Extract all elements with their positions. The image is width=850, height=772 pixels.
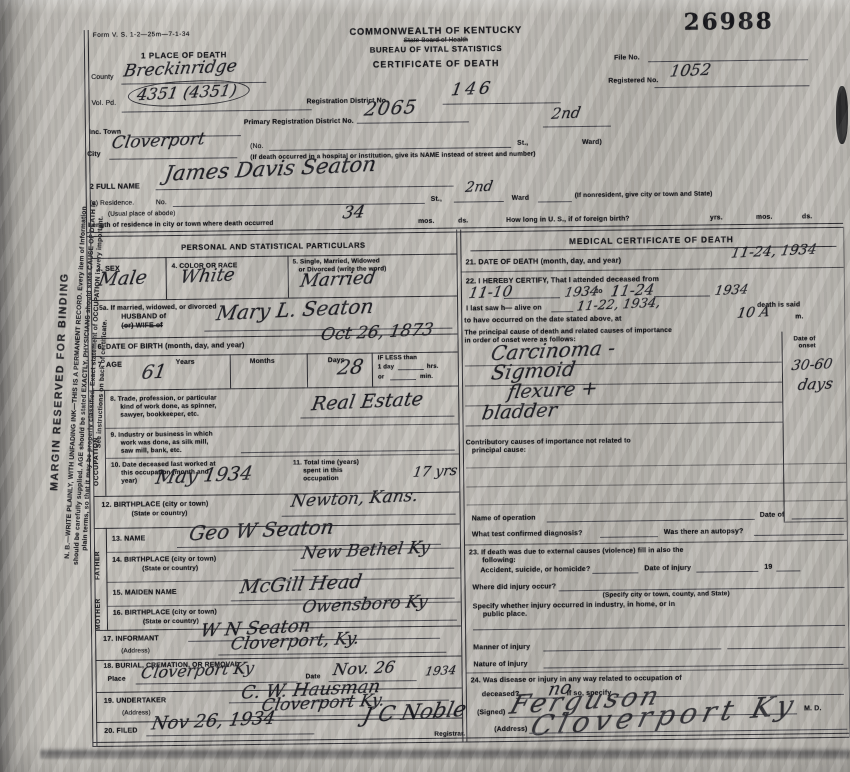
- blank-line: [654, 85, 809, 88]
- rule: [466, 482, 846, 488]
- personal-section-heading: PERSONAL AND STATISTICAL PARTICULARS: [98, 240, 448, 253]
- birthplace-value: Newton, Kans.: [289, 486, 419, 512]
- abode-note: (Usual place of abode): [108, 210, 176, 218]
- rule: [90, 254, 456, 260]
- trade-value: Real Estate: [310, 388, 425, 415]
- blank-line: [543, 126, 611, 128]
- autopsy-label: Was there an autopsy?: [664, 528, 744, 536]
- trade-label-1: 8. Trade, profession, or particular: [110, 394, 217, 402]
- mother-birthplace-value: Owensboro Ky: [301, 592, 429, 618]
- operation-date-label: Date of: [760, 512, 785, 519]
- contributory-label-1: Contributory causes of importance not re…: [466, 437, 631, 446]
- rule: [105, 454, 459, 460]
- cause-line-4: bladder: [480, 399, 558, 425]
- age-less-label-2: 1 day: [378, 363, 394, 370]
- registered-no-value: 1052: [669, 60, 713, 81]
- blank-line: [390, 379, 416, 380]
- onset-value-2: days: [796, 374, 834, 394]
- city-value: Cloverport: [110, 129, 206, 153]
- blank-line: [504, 297, 560, 299]
- husband-of-label: HUSBAND of: [121, 313, 166, 321]
- dob-label: 6. DATE OF BIRTH (month, day, and year): [98, 340, 245, 351]
- onset-header-2: onset: [799, 342, 816, 349]
- binding-margin: MARGIN RESERVED FOR BINDING N. B.—WRITE …: [36, 32, 123, 734]
- blank-line: [122, 109, 312, 112]
- rule: [165, 257, 167, 299]
- nature-injury-label: Nature of injury: [473, 661, 527, 669]
- blank-line: [696, 571, 758, 573]
- mos-label: mos.: [418, 218, 435, 225]
- age-years-value: 61: [140, 361, 168, 384]
- filed-value: Nov 26, 1934: [150, 708, 277, 735]
- county-value: Breckinridge: [122, 56, 238, 81]
- trade-label-3: sawyer, bookkeeper, etc.: [120, 411, 199, 419]
- rule: [307, 353, 309, 387]
- certify-to-label: to: [596, 288, 603, 295]
- rule: [287, 256, 289, 298]
- rule: [105, 424, 459, 430]
- rule: [781, 332, 785, 522]
- undertaker-label: 19. UNDERTAKER: [104, 697, 166, 705]
- burial-place-label: Place: [108, 676, 126, 683]
- total-time-label-2: spent in this: [303, 467, 343, 474]
- total-time-label-1: 11. Total time (years): [293, 459, 359, 467]
- burial-place-value: Cloverport Ky: [140, 658, 256, 682]
- rule: [95, 656, 461, 662]
- blank-line: [600, 536, 658, 538]
- blank-line: [547, 519, 755, 523]
- blank-line: [443, 102, 561, 104]
- blank-line: [776, 570, 800, 571]
- marital-label-1: 5. Single, Married, Widowed: [293, 257, 380, 265]
- blank-line: [241, 450, 455, 454]
- blank-line: [543, 648, 721, 651]
- certificate-title: CERTIFICATE OF DEATH: [306, 57, 566, 70]
- blank-line: [357, 121, 469, 123]
- blank-line: [398, 369, 424, 370]
- father-birthplace-sub: (State or country): [142, 565, 198, 573]
- external-causes-label-2: following:: [482, 557, 516, 564]
- signed-label: (Signed): [477, 709, 505, 716]
- rule: [372, 353, 374, 387]
- blank-line: [551, 311, 573, 312]
- age-less-label-1: IF LESS than: [378, 354, 417, 361]
- foreign-birth-label: How long in U. S., if of foreign birth?: [506, 215, 630, 224]
- certificate-form: MARGIN RESERVED FOR BINDING N. B.—WRITE …: [0, 0, 850, 772]
- age-or-label: or: [378, 373, 384, 380]
- blank-line: [173, 203, 425, 207]
- physician-address-label: (Address): [494, 726, 527, 733]
- mother-maiden-value: McGill Head: [238, 571, 363, 599]
- industry-label-2: work was done, as silk mill,: [121, 439, 209, 447]
- blank-line: [592, 572, 638, 574]
- blank-line: [300, 416, 454, 419]
- trade-label-2: kind of work done, as spinner,: [120, 402, 216, 410]
- injury-year-label: 19: [764, 564, 772, 571]
- mos-label-2: mos.: [756, 214, 773, 221]
- age-min-label: min.: [420, 373, 433, 380]
- onset-value-1: 30-60: [790, 356, 833, 374]
- birthplace-label: 12. BIRTHPLACE (city or town): [101, 501, 208, 509]
- marital-value: Married: [299, 267, 377, 292]
- father-name-value: Geo W Seaton: [187, 515, 335, 546]
- registered-no-label: Registered No.: [608, 77, 658, 85]
- ds-label-2: ds.: [802, 213, 812, 220]
- city-ward-label: Ward): [582, 139, 602, 146]
- operation-label: Name of operation: [472, 515, 536, 523]
- length-residence-value: 34: [341, 202, 366, 223]
- file-no-label: File No.: [614, 54, 640, 61]
- m-label: m.: [795, 313, 803, 320]
- last-worked-value: May 1934: [154, 462, 254, 489]
- accident-label: Accident, suicide, or homicide?: [480, 566, 590, 574]
- father-birthplace-value: New Bethel Ky: [300, 538, 431, 564]
- date-of-death-label: 21. DATE OF DEATH (month, day, and year): [466, 256, 622, 267]
- registrar-label: Registrar.: [434, 730, 465, 737]
- bureau-subtitle: BUREAU OF VITAL STATISTICS: [306, 43, 566, 55]
- primary-district-label: Primary Registration District No.: [244, 118, 354, 126]
- residence-no-label: No.: [156, 199, 167, 206]
- certify-to-year: 1934: [714, 282, 750, 299]
- father-birthplace-label: 14. BIRTHPLACE (city or town): [112, 556, 216, 564]
- yrs-label-2: yrs.: [710, 214, 723, 221]
- age-years-label: Years: [176, 359, 195, 366]
- undertaker-address-label: (Address): [122, 709, 151, 716]
- rule: [466, 463, 846, 469]
- death-certificate-scan: MARGIN RESERVED FOR BINDING N. B.—WRITE …: [0, 0, 850, 772]
- rule: [466, 668, 849, 674]
- specify-label-2: public place.: [483, 611, 527, 619]
- manner-injury-label: Manner of injury: [473, 644, 530, 652]
- principal-cause-label-1: The principal cause of death and related…: [464, 327, 672, 337]
- blank-line: [654, 295, 710, 297]
- registration-district-value: 146: [450, 78, 495, 100]
- city-st-label: St.,: [517, 140, 528, 147]
- occurred-time-value: 10 A: [736, 304, 771, 322]
- residence-ward-label: Ward: [512, 195, 529, 202]
- rule: [230, 354, 232, 388]
- age-months-label: Months: [250, 358, 275, 365]
- blank-line: [754, 534, 844, 536]
- blank-line: [156, 186, 454, 191]
- residence-ward-value: 2nd: [464, 179, 494, 196]
- total-time-value: 17 yrs: [412, 463, 459, 481]
- father-name-label: 13. NAME: [112, 535, 146, 542]
- rule: [464, 540, 847, 546]
- contributory-label-2: principal cause:: [472, 447, 526, 455]
- industry-label-3: saw mill, bank, etc.: [121, 447, 182, 455]
- filed-label: 20. FILED: [104, 727, 137, 734]
- where-injury-note: (Specify city or town, county, and State…: [603, 590, 730, 599]
- last-saw-value: 11-22, 1934,: [576, 296, 662, 315]
- blank-line: [146, 733, 314, 736]
- test-label: What test confirmed diagnosis?: [472, 530, 583, 538]
- burial-year-value: 1934: [424, 663, 457, 678]
- blank-line: [292, 568, 454, 571]
- certify-from-value: 11-10: [467, 282, 513, 302]
- md-label: M. D.: [804, 705, 822, 712]
- blank-line: [473, 625, 845, 631]
- informant-label: 17. INFORMANT: [103, 635, 159, 643]
- blank-line: [293, 620, 457, 623]
- last-worked-label-3: year): [121, 477, 137, 484]
- spouse-label: 5a. If married, widowed, or divorced: [99, 303, 217, 311]
- serial-number: 26988: [683, 8, 773, 36]
- residence-st-label: St.,: [431, 196, 442, 203]
- age-hrs-label: hrs.: [427, 363, 439, 370]
- mother-birthplace-sub: (State or country): [143, 618, 199, 626]
- industry-label-1: 9. Industry or business in which: [111, 431, 213, 439]
- specify-label-1: Specify whether injury occurred in indus…: [473, 601, 675, 610]
- color-race-value: White: [179, 264, 237, 288]
- rule: [467, 500, 847, 506]
- external-causes-label-1: 23. If death was due to external causes …: [469, 547, 683, 557]
- where-injury-label: Where did injury occur?: [473, 583, 557, 591]
- blank-line: [269, 147, 511, 151]
- date-of-death-value: 11-24, 1934: [730, 242, 818, 262]
- last-saw-label: I last saw h— alive on: [466, 305, 542, 313]
- wife-of-label: (or) WIFE of: [121, 322, 163, 330]
- nonresident-note: (If nonresident, give city or town and S…: [575, 190, 713, 199]
- injury-date-label: Date of injury: [644, 565, 691, 573]
- blank-line: [538, 201, 572, 202]
- total-time-label-3: occupation: [303, 475, 339, 482]
- occurred-label: to have occurred on the date stated abov…: [464, 316, 621, 325]
- primary-district-value: 2065: [363, 96, 419, 121]
- length-residence-label: Length of residence in city or town wher…: [88, 220, 273, 229]
- rule: [106, 528, 109, 630]
- mother-birthplace-label: 16. BIRTHPLACE (city or town): [113, 608, 217, 616]
- ds-label: ds.: [458, 217, 468, 224]
- ward-value-top: 2nd: [550, 104, 582, 123]
- blank-line: [792, 518, 844, 520]
- blank-line: [727, 647, 845, 649]
- birthplace-sub-label: (State or country): [132, 510, 188, 518]
- rule: [461, 267, 844, 273]
- informant-address-label: (Address): [121, 647, 150, 654]
- blank-line: [454, 201, 504, 203]
- city-no-label: (No.: [250, 143, 264, 150]
- mother-maiden-label: 15. MAIDEN NAME: [113, 589, 177, 597]
- age-days-value: 28: [336, 354, 366, 379]
- rule: [784, 521, 847, 523]
- dob-value: Oct 26, 1873: [319, 320, 434, 345]
